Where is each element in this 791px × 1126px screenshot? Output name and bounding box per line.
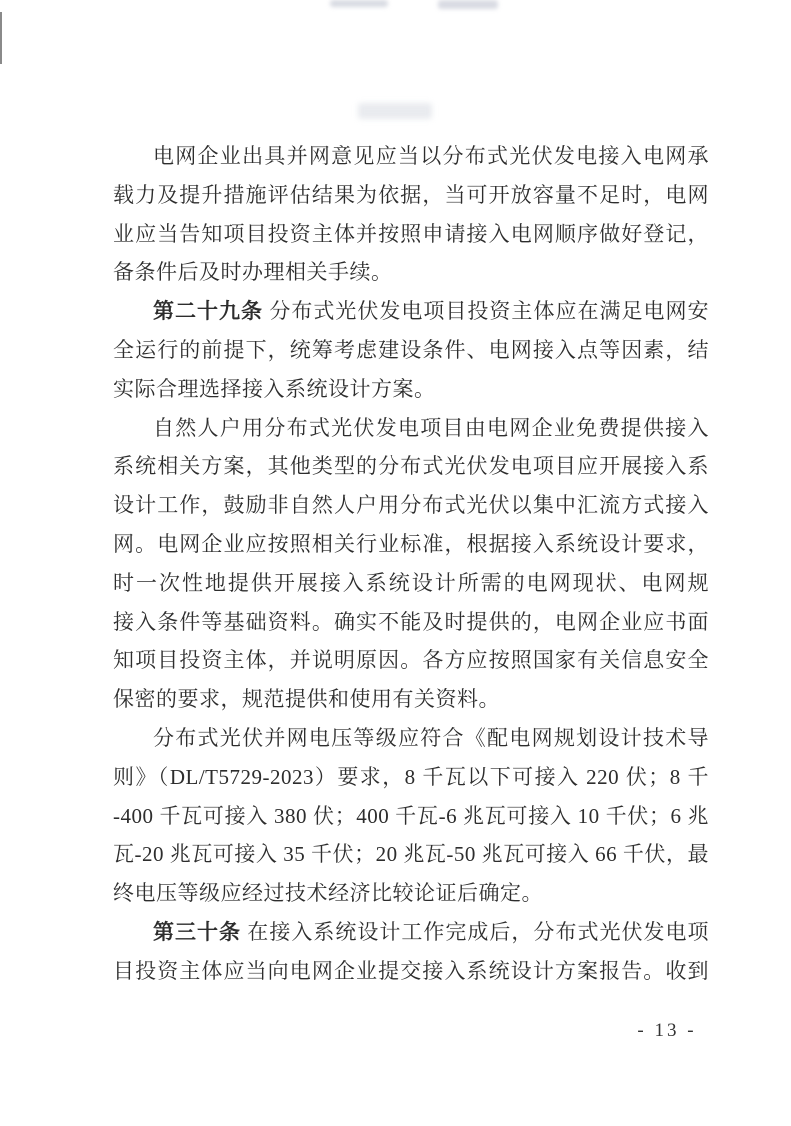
text-line: 自然人户用分布式光伏发电项目由电网企业免费提供接入 — [113, 409, 709, 448]
text-line: 载力及提升措施评估结果为依据，当可开放容量不足时，电网企 — [113, 176, 709, 215]
article-number: 第三十条 — [153, 920, 241, 944]
text-line: 第三十条 在接入系统设计工作完成后，分布式光伏发电项 — [113, 913, 709, 952]
text-line: 业应当告知项目投资主体并按照申请接入电网顺序做好登记，具 — [113, 215, 709, 254]
scan-artifact-edge-line — [0, 12, 2, 64]
text-line: 分布式光伏并网电压等级应符合《配电网规划设计技术导 — [113, 719, 709, 758]
scan-artifact-top-left — [330, 0, 388, 7]
text-line: 则》（DL/T5729-2023）要求，8 千瓦以下可接入 220 伏；8 千瓦 — [113, 758, 709, 797]
text-line: 目投资主体应当向电网企业提交接入系统设计方案报告。收到接 — [113, 952, 709, 991]
text-line: 网。电网企业应按照相关行业标准，根据接入系统设计要求，及 — [113, 525, 709, 564]
text-line: 电网企业出具并网意见应当以分布式光伏发电接入电网承 — [113, 137, 709, 176]
text-line: 知项目投资主体，并说明原因。各方应按照国家有关信息安全与 — [113, 641, 709, 680]
text-line: 设计工作，鼓励非自然人户用分布式光伏以集中汇流方式接入电 — [113, 486, 709, 525]
document-page: 电网企业出具并网意见应当以分布式光伏发电接入电网承载力及提升措施评估结果为依据，… — [0, 0, 791, 1126]
scan-artifact-smudge — [358, 103, 432, 119]
page-number: - 13 - — [627, 1020, 707, 1042]
text-line: 时一次性地提供开展接入系统设计所需的电网现状、电网规划、 — [113, 564, 709, 603]
text-line: 备条件后及时办理相关手续。 — [113, 253, 709, 292]
text-line: 终电压等级应经过技术经济比较论证后确定。 — [113, 874, 709, 913]
body-text: 电网企业出具并网意见应当以分布式光伏发电接入电网承载力及提升措施评估结果为依据，… — [113, 137, 709, 991]
text-line: 保密的要求，规范提供和使用有关资料。 — [113, 680, 709, 719]
text-line: 瓦-20 兆瓦可接入 35 千伏；20 兆瓦-50 兆瓦可接入 66 千伏，最 — [113, 835, 709, 874]
text-line: 系统相关方案，其他类型的分布式光伏发电项目应开展接入系统 — [113, 447, 709, 486]
text-line: -400 千瓦可接入 380 伏；400 千瓦-6 兆瓦可接入 10 千伏；6 … — [113, 797, 709, 836]
text-line: 全运行的前提下，统筹考虑建设条件、电网接入点等因素，结合 — [113, 331, 709, 370]
article-number: 第二十九条 — [153, 299, 263, 323]
text-line: 第二十九条 分布式光伏发电项目投资主体应在满足电网安 — [113, 292, 709, 331]
text-line: 实际合理选择接入系统设计方案。 — [113, 370, 709, 409]
text-line: 接入条件等基础资料。确实不能及时提供的，电网企业应书面告 — [113, 603, 709, 642]
scan-artifact-top-right — [438, 0, 498, 9]
